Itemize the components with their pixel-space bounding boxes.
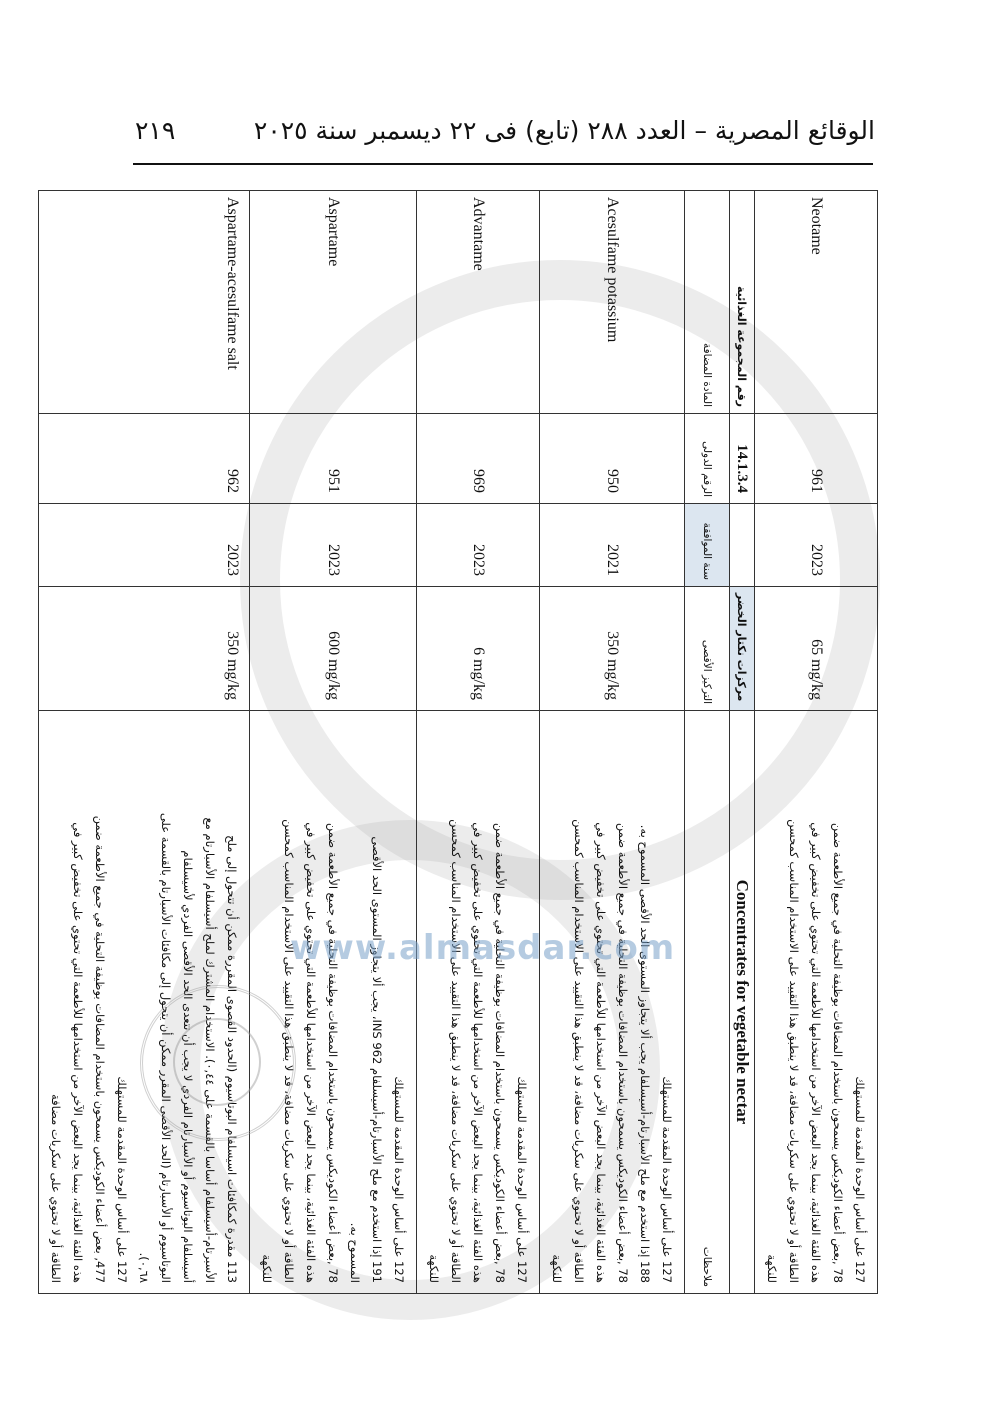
table-row: Neotame 961 2023 65 mg/kg 127 على أساس ا…	[755, 191, 878, 1294]
category-title-ar: مركزات نكتار الخضر	[730, 587, 755, 711]
note-line: للنكهة	[546, 721, 568, 1283]
notes-cell: 113 مقدرة كمكافئات اسيسلفام البوتاسيوم (…	[39, 711, 250, 1294]
additive-name: Advantame	[417, 191, 540, 414]
max-level: 350 mg/kg	[540, 587, 685, 711]
approval-year: 2023	[755, 504, 878, 587]
additive-name: Neotame	[755, 191, 878, 414]
note-line: 127 على أساس الوحدة المقدمة للمستهلك	[388, 721, 410, 1283]
approval-year: 2021	[540, 504, 685, 587]
note-line: 78 ,بعض أعضاء الكوديكس يسمحون باستخدام ا…	[612, 721, 634, 1283]
note-line: 78 ,بعض أعضاء الكوديكس يسمحون باستخدام ا…	[827, 721, 849, 1283]
ins-number: 962	[39, 414, 250, 504]
note-line: 127 على أساس الوحدة المقدمة للمستهلك	[511, 721, 533, 1283]
category-header-row: رقم المجموعة الغذائية 14.1.3.4 مركزات نك…	[730, 191, 755, 1294]
column-header-max-level: التركيز الأقصى	[685, 587, 730, 711]
category-code-label: رقم المجموعة الغذائية	[730, 191, 755, 414]
notes-cell: 127 على أساس الوحدة المقدمة للمستهلك 191…	[250, 711, 417, 1294]
column-header-row: المادة المضافة الرقم الدولى سنة الموافقة…	[685, 191, 730, 1294]
approval-year: 2023	[417, 504, 540, 587]
additive-name: Acesulfame potassium	[540, 191, 685, 414]
note-line: البوتاسيوم أو الأسبارتام (الحد الأقصى ال…	[155, 721, 177, 1283]
note-line: للنكهة	[423, 721, 445, 1283]
ins-number: 950	[540, 414, 685, 504]
notes-cell: 127 على أساس الوحدة المقدمة للمستهلك 78 …	[755, 711, 878, 1294]
note-line: 188 إذا استخدم مع ملح الأسبارتام-أسيسلفا…	[634, 721, 656, 1283]
table-row: Advantame 969 2023 6 mg/kg 127 على أساس …	[417, 191, 540, 1294]
max-level: 65 mg/kg	[755, 587, 878, 711]
note-line: الطاقة أو لا تحتوي على سكريات مضافة، قد …	[278, 721, 300, 1283]
approval-year: 2023	[250, 504, 417, 587]
empty-cell	[730, 504, 755, 587]
note-line: الطاقة أو لا تحتوي على سكريات مضافة، قد …	[445, 721, 467, 1283]
note-line: 78 ,بعض أعضاء الكوديكس يسمحون باستخدام ا…	[489, 721, 511, 1283]
note-line: هذه الفئة الغذائية، بينما يجد البعض الآخ…	[67, 721, 89, 1283]
table-row: Acesulfame potassium 950 2021 350 mg/kg …	[540, 191, 685, 1294]
note-line: الطاقة أو لا تحتوي على سكريات مضافة، قد …	[783, 721, 805, 1283]
ins-number: 961	[755, 414, 878, 504]
note-line: هذه الفئة الغذائية، بينما يجد البعض الآخ…	[805, 721, 827, 1283]
note-line: 113 مقدرة كمكافئات اسيسلفام البوتاسيوم (…	[221, 721, 243, 1283]
note-line: هذه الفئة الغذائية، بينما يجد البعض الآخ…	[467, 721, 489, 1283]
column-header-notes: ملاحظات	[685, 711, 730, 1294]
note-line: 477, بعض أعضاء الكوديكس يسمحون باستخدام …	[89, 721, 111, 1283]
table-row: Aspartame 951 2023 600 mg/kg 127 على أسا…	[250, 191, 417, 1294]
max-level: 350 mg/kg	[39, 587, 250, 711]
note-line: 127 على أساس الوحدة المقدمة للمستهلك	[111, 721, 133, 1283]
note-line: للنكهة	[761, 721, 783, 1283]
note-line: أسيسلفام البوتاسيوم أو الأسبارتام الفردي…	[177, 721, 199, 1283]
notes-cell: 127 على أساس الوحدة المقدمة للمستهلك 188…	[540, 711, 685, 1294]
max-level: 600 mg/kg	[250, 587, 417, 711]
gazette-title: الوقائع المصرية – العدد ٢٨٨ (تابع) فى ٢٢…	[254, 116, 875, 145]
note-line: المسموح به.	[344, 721, 366, 1283]
note-line: للنكهة	[256, 721, 278, 1283]
max-level: 6 mg/kg	[417, 587, 540, 711]
column-header-additive: المادة المضافة	[685, 191, 730, 414]
ins-number: 951	[250, 414, 417, 504]
note-line: 127 على أساس الوحدة المقدمة للمستهلك	[849, 721, 871, 1283]
additives-table-container: Neotame 961 2023 65 mg/kg 127 على أساس ا…	[133, 190, 878, 1293]
column-header-ins: الرقم الدولى	[685, 414, 730, 504]
note-line: الأسبرتام-أسيسلفام أساسا بالقسمة على ٠,٤…	[199, 721, 221, 1283]
category-code: 14.1.3.4	[730, 414, 755, 504]
page-number: ٢١٩	[135, 116, 175, 145]
additive-name: Aspartame	[250, 191, 417, 414]
note-line: 127 على أساس الوحدة المقدمة للمستهلك	[656, 721, 678, 1283]
note-line: 191 إذا استخدم مع ملح الأسبارتام-أسيسلفا…	[366, 721, 388, 1283]
note-line: الطاقة أو لا تحتوي على سكريات مضافة، قد …	[568, 721, 590, 1283]
approval-year: 2023	[39, 504, 250, 587]
page-header: الوقائع المصرية – العدد ٢٨٨ (تابع) فى ٢٢…	[135, 108, 875, 152]
notes-cell: 127 على أساس الوحدة المقدمة للمستهلك 78 …	[417, 711, 540, 1294]
ins-number: 969	[417, 414, 540, 504]
category-title: Concentrates for vegetable nectar	[730, 711, 755, 1294]
note-line: هذه الفئة الغذائية، بينما يجد البعض الآخ…	[590, 721, 612, 1283]
additives-table: Neotame 961 2023 65 mg/kg 127 على أساس ا…	[38, 190, 878, 1294]
table-row: Aspartame-acesulfame salt 962 2023 350 m…	[39, 191, 250, 1294]
note-line: هذه الفئة الغذائية، بينما يجد البعض الآخ…	[300, 721, 322, 1283]
note-line: الطاقة أو لا تحتوي على سكريات مضافة	[45, 721, 67, 1283]
note-line: 78 ,بعض أعضاء الكوديكس يسمحون باستخدام ا…	[322, 721, 344, 1283]
additive-name: Aspartame-acesulfame salt	[39, 191, 250, 414]
column-header-year: سنة الموافقة	[685, 504, 730, 587]
note-line: ٠,٦٨).	[133, 721, 155, 1283]
header-divider	[133, 163, 873, 165]
